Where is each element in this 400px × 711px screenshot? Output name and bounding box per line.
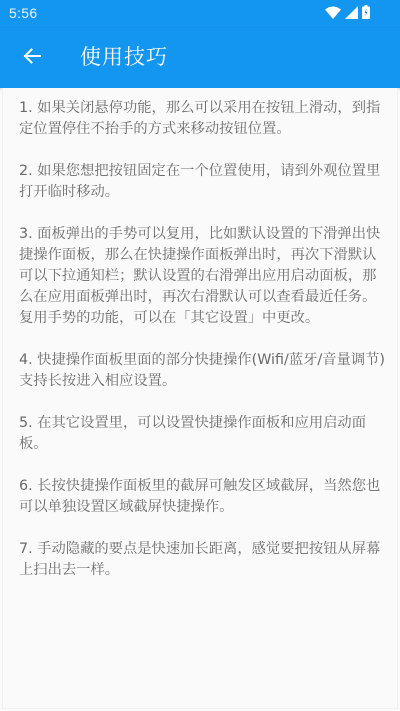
battery-charging-icon (362, 4, 370, 23)
status-bar: 5:56 (0, 0, 400, 28)
wifi-icon (325, 4, 341, 23)
page-title: 使用技巧 (80, 42, 168, 72)
app-bar: 使用技巧 (0, 28, 400, 88)
status-time: 5:56 (9, 5, 37, 21)
tips-text: 1. 如果关闭悬停功能，那么可以采用在按钮上滑动，到指定位置停住不抬手的方式来移… (19, 98, 385, 581)
cellular-signal-icon (345, 4, 358, 23)
app-screen: 5:56 (0, 0, 400, 711)
tips-content[interactable]: 1. 如果关闭悬停功能，那么可以采用在按钮上滑动，到指定位置停住不抬手的方式来移… (2, 88, 398, 709)
back-button[interactable] (14, 40, 50, 76)
arrow-left-icon (23, 48, 41, 68)
status-icons (325, 6, 370, 21)
